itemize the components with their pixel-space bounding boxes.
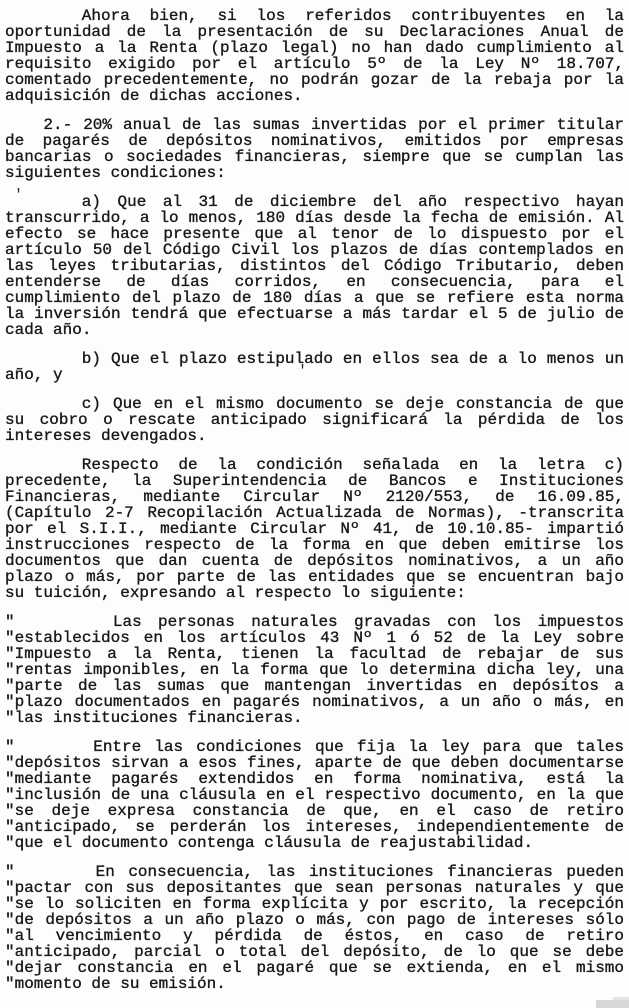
text-line: bancarias o sociedades financieras, siem…	[5, 149, 624, 165]
text-line: "Impuesto a la Renta, tienen la facultad…	[5, 646, 624, 662]
text-line: "pactar con sus depositantes que sean pe…	[5, 880, 624, 896]
text-line: cumplimiento del plazo de 180 días a que…	[5, 290, 624, 306]
text-line: oportunidad de la presentación de su Dec…	[5, 24, 624, 40]
text-line: "inclusión de una cláusula en el respect…	[5, 787, 624, 803]
text-line: "se lo soliciten en forma explícita y po…	[5, 896, 624, 912]
text-line: "de depósitos a un año plazo o más, con …	[5, 912, 624, 928]
text-line: documentos que dan cuenta de depósitos n…	[5, 553, 624, 569]
text-line: "que el documento contenga cláusula de r…	[5, 835, 624, 851]
paragraph: Respecto de la condición señalada en la …	[5, 457, 624, 601]
text-line: por el S.I.I., mediante Circular Nº 41, …	[5, 521, 624, 537]
text-line: su cobro o rescate anticipado significar…	[5, 412, 624, 428]
paragraph: " Entre las condiciones que fija la ley …	[5, 739, 624, 851]
paragraph: " Las personas naturales gravadas con lo…	[5, 614, 624, 726]
text-line: "anticipado, se perderán los intereses, …	[5, 819, 624, 835]
text-line: "mediante pagarés extendidos en forma no…	[5, 771, 624, 787]
text-line: (Capítulo 2-7 Recopilación Actualizada d…	[5, 505, 624, 521]
text-line: las leyes tributarias, distintos del Cód…	[5, 258, 624, 274]
text-line: Respecto de la condición señalada en la …	[5, 457, 624, 473]
document-text: Ahora bien, si los referidos contribuyen…	[5, 8, 624, 992]
text-line: adquisición de dichas acciones.	[5, 88, 624, 104]
text-line: cada año.	[5, 322, 624, 338]
text-line: año, y	[5, 367, 624, 383]
text-line: "establecidos en los artículos 43 Nº 1 ó…	[5, 630, 624, 646]
text-line: "anticipado, parcial o total del depósit…	[5, 944, 624, 960]
text-line: instrucciones respecto de la forma en qu…	[5, 537, 624, 553]
paragraph: b) Que el plazo estipulado en ellos sea …	[5, 351, 624, 383]
text-line: siguientes condiciones:	[5, 165, 624, 181]
text-line: " Entre las condiciones que fija la ley …	[5, 739, 624, 755]
text-line: "plazo documentados en pagarés nominativ…	[5, 694, 624, 710]
scan-corner-artifact	[596, 1000, 629, 1008]
text-line: artículo 50 del Código Civil los plazos …	[5, 242, 624, 258]
text-line: transcurrido, a lo menos, 180 días desde…	[5, 210, 624, 226]
text-line: comentado precedentemente, no podrán goz…	[5, 72, 624, 88]
paragraph: " En consecuencia, las instituciones fin…	[5, 864, 624, 992]
text-line: "depósitos sirvan a esos fines, aparte d…	[5, 755, 624, 771]
text-line: "rentas imponibles, en la forma que lo d…	[5, 662, 624, 678]
text-line: " Las personas naturales gravadas con lo…	[5, 614, 624, 630]
text-line: "momento de su emisión.	[5, 976, 624, 992]
text-line: b) Que el plazo estipulado en ellos sea …	[5, 351, 624, 367]
text-line: 2.- 20% anual de las sumas invertidas po…	[5, 117, 624, 133]
text-line: plazo o más, por parte de las entidades …	[5, 569, 624, 585]
text-line: "se deje expresa constancia de que, en e…	[5, 803, 624, 819]
text-line: precedente, la Superintendencia de Banco…	[5, 473, 624, 489]
stray-typewriter-mark: '	[298, 364, 307, 380]
text-line: intereses devengados.	[5, 428, 624, 444]
text-line: c) Que en el mismo documento se deje con…	[5, 396, 624, 412]
text-line: Impuesto a la Renta (plazo legal) no han…	[5, 40, 624, 56]
text-line: Financieras, mediante Circular Nº 2120/5…	[5, 489, 624, 505]
paragraph: a) Que al 31 de diciembre del año respec…	[5, 194, 624, 338]
text-line: la inversión tendrá que efectuarse a más…	[5, 306, 624, 322]
paragraph: c) Que en el mismo documento se deje con…	[5, 396, 624, 444]
text-line: "parte de las sumas que mantengan invert…	[5, 678, 624, 694]
paragraph: 2.- 20% anual de las sumas invertidas po…	[5, 117, 624, 181]
document-page: Ahora bien, si los referidos contribuyen…	[0, 0, 629, 1008]
text-line: requisito exigido por el artículo 5º de …	[5, 56, 624, 72]
text-line: "al vencimiento y pérdida de éstos, en c…	[5, 928, 624, 944]
text-line: "dejar constancia en el pagaré que se ex…	[5, 960, 624, 976]
text-line: " En consecuencia, las instituciones fin…	[5, 864, 624, 880]
text-line: entenderse de días corridos, en consecue…	[5, 274, 624, 290]
text-line: efecto se hace presente que al tenor de …	[5, 226, 624, 242]
text-line: a) Que al 31 de diciembre del año respec…	[5, 194, 624, 210]
text-line: "las instituciones financieras.	[5, 710, 624, 726]
text-line: Ahora bien, si los referidos contribuyen…	[5, 8, 624, 24]
text-line: su tuición, expresando al respecto lo si…	[5, 585, 624, 601]
text-line: de pagarés de depósitos nominativos, emi…	[5, 133, 624, 149]
paragraph: Ahora bien, si los referidos contribuyen…	[5, 8, 624, 104]
stray-typewriter-mark: '	[14, 188, 23, 204]
